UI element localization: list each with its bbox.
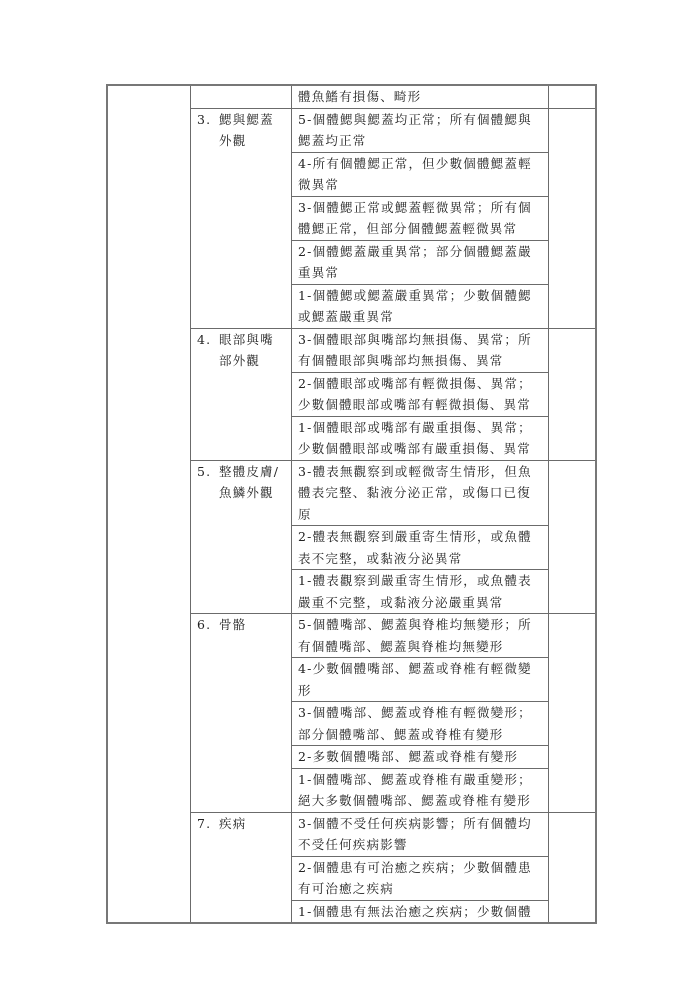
- item-number: 6.: [197, 614, 219, 636]
- criterion-text: 體魚鰭有損傷、畸形: [298, 86, 544, 108]
- criterion-text: 3-個體不受任何疾病影響；所有個體均不受任何疾病影響: [298, 813, 544, 856]
- criterion-text: 3-體表無觀察到或輕微寄生情形，但魚體表完整、黏液分泌正常，或傷口已復原: [298, 461, 544, 526]
- criterion-cell: 2-個體眼部或嘴部有輕微損傷、異常；少數個體眼部或嘴部有輕微損傷、異常: [292, 372, 549, 416]
- score-cell: [549, 812, 597, 923]
- score-cell: [549, 108, 597, 328]
- criterion-cell: 2-個體患有可治癒之疾病；少數個體患有可治癒之疾病: [292, 856, 549, 900]
- criterion-cell: 2-個體鰓蓋嚴重異常；部分個體鰓蓋嚴重異常: [292, 240, 549, 284]
- criterion-text: 2-體表無觀察到嚴重寄生情形，或魚體表不完整，或黏液分泌異常: [298, 526, 544, 569]
- criterion-text: 1-個體患有無法治癒之疾病；少數個體: [298, 901, 544, 923]
- score-cell: [549, 328, 597, 460]
- item-cell: [191, 85, 292, 108]
- item-cell: 5.整體皮膚/魚鱗外觀: [191, 460, 292, 614]
- criterion-cell: 4-少數個體嘴部、鰓蓋或脊椎有輕微變形: [292, 658, 549, 702]
- score-cell: [549, 460, 597, 614]
- category-cell: [107, 85, 191, 923]
- score-cell: [549, 85, 597, 108]
- criterion-text: 4-所有個體鰓正常，但少數個體鰓蓋輕微異常: [298, 153, 544, 196]
- item-cell: 4.眼部與嘴部外觀: [191, 328, 292, 460]
- criterion-cell: 3-個體鰓正常或鰓蓋輕微異常；所有個體鰓正常，但部分個體鰓蓋輕微異常: [292, 196, 549, 240]
- item-number: 3.: [197, 109, 219, 131]
- criterion-cell: 3-個體嘴部、鰓蓋或脊椎有輕微變形；部分個體嘴部、鰓蓋或脊椎有變形: [292, 702, 549, 746]
- criterion-cell: 5-個體嘴部、鰓蓋與脊椎均無變形；所有個體嘴部、鰓蓋與脊椎均無變形: [292, 614, 549, 658]
- criterion-text: 4-少數個體嘴部、鰓蓋或脊椎有輕微變形: [298, 658, 544, 701]
- criterion-text: 3-個體鰓正常或鰓蓋輕微異常；所有個體鰓正常，但部分個體鰓蓋輕微異常: [298, 197, 544, 240]
- criterion-cell: 1-個體眼部或嘴部有嚴重損傷、異常；少數個體眼部或嘴部有嚴重損傷、異常: [292, 416, 549, 460]
- criterion-text: 2-個體眼部或嘴部有輕微損傷、異常；少數個體眼部或嘴部有輕微損傷、異常: [298, 373, 544, 416]
- criterion-cell: 2-體表無觀察到嚴重寄生情形，或魚體表不完整，或黏液分泌異常: [292, 526, 549, 570]
- item-number: 7.: [197, 813, 219, 835]
- criterion-cell: 3-個體眼部與嘴部均無損傷、異常；所有個體眼部與嘴部均無損傷、異常: [292, 328, 549, 372]
- criterion-text: 2-個體患有可治癒之疾病；少數個體患有可治癒之疾病: [298, 857, 544, 900]
- criterion-cell: 3-個體不受任何疾病影響；所有個體均不受任何疾病影響: [292, 812, 549, 856]
- criterion-cell: 1-個體嘴部、鰓蓋或脊椎有嚴重變形；絕大多數個體嘴部、鰓蓋或脊椎有變形: [292, 768, 549, 812]
- criterion-text: 1-體表觀察到嚴重寄生情形，或魚體表嚴重不完整，或黏液分泌嚴重異常: [298, 570, 544, 613]
- item-cell: 3.鰓與鰓蓋外觀: [191, 108, 292, 328]
- document-page: 體魚鰭有損傷、畸形 3.鰓與鰓蓋外觀 5-個體鰓與鰓蓋均正常；所有個體鰓與鰓蓋均…: [0, 0, 700, 990]
- criterion-text: 5-個體鰓與鰓蓋均正常；所有個體鰓與鰓蓋均正常: [298, 109, 544, 152]
- table-row: 體魚鰭有損傷、畸形: [107, 85, 596, 108]
- item-number: 4.: [197, 329, 219, 351]
- criterion-text: 5-個體嘴部、鰓蓋與脊椎均無變形；所有個體嘴部、鰓蓋與脊椎均無變形: [298, 614, 544, 657]
- criterion-text: 1-個體眼部或嘴部有嚴重損傷、異常；少數個體眼部或嘴部有嚴重損傷、異常: [298, 417, 544, 460]
- criterion-text: 3-個體嘴部、鰓蓋或脊椎有輕微變形；部分個體嘴部、鰓蓋或脊椎有變形: [298, 702, 544, 745]
- criterion-text: 2-多數個體嘴部、鰓蓋或脊椎有變形: [298, 746, 544, 768]
- criterion-cell: 1-個體鰓或鰓蓋嚴重異常；少數個體鰓或鰓蓋嚴重異常: [292, 284, 549, 328]
- item-cell: 6.骨骼: [191, 614, 292, 813]
- criterion-cell: 體魚鰭有損傷、畸形: [292, 85, 549, 108]
- score-cell: [549, 614, 597, 813]
- evaluation-table: 體魚鰭有損傷、畸形 3.鰓與鰓蓋外觀 5-個體鰓與鰓蓋均正常；所有個體鰓與鰓蓋均…: [106, 84, 597, 924]
- criterion-cell: 3-體表無觀察到或輕微寄生情形，但魚體表完整、黏液分泌正常，或傷口已復原: [292, 460, 549, 526]
- criterion-cell: 2-多數個體嘴部、鰓蓋或脊椎有變形: [292, 746, 549, 769]
- criterion-text: 1-個體嘴部、鰓蓋或脊椎有嚴重變形；絕大多數個體嘴部、鰓蓋或脊椎有變形: [298, 769, 544, 812]
- criterion-cell: 4-所有個體鰓正常，但少數個體鰓蓋輕微異常: [292, 152, 549, 196]
- criterion-text: 2-個體鰓蓋嚴重異常；部分個體鰓蓋嚴重異常: [298, 241, 544, 284]
- item-cell: 7.疾病: [191, 812, 292, 923]
- criterion-cell: 5-個體鰓與鰓蓋均正常；所有個體鰓與鰓蓋均正常: [292, 108, 549, 152]
- criterion-text: 1-個體鰓或鰓蓋嚴重異常；少數個體鰓或鰓蓋嚴重異常: [298, 285, 544, 328]
- criterion-text: 3-個體眼部與嘴部均無損傷、異常；所有個體眼部與嘴部均無損傷、異常: [298, 329, 544, 372]
- item-number: 5.: [197, 461, 219, 483]
- criterion-cell: 1-個體患有無法治癒之疾病；少數個體: [292, 900, 549, 923]
- criterion-cell: 1-體表觀察到嚴重寄生情形，或魚體表嚴重不完整，或黏液分泌嚴重異常: [292, 570, 549, 614]
